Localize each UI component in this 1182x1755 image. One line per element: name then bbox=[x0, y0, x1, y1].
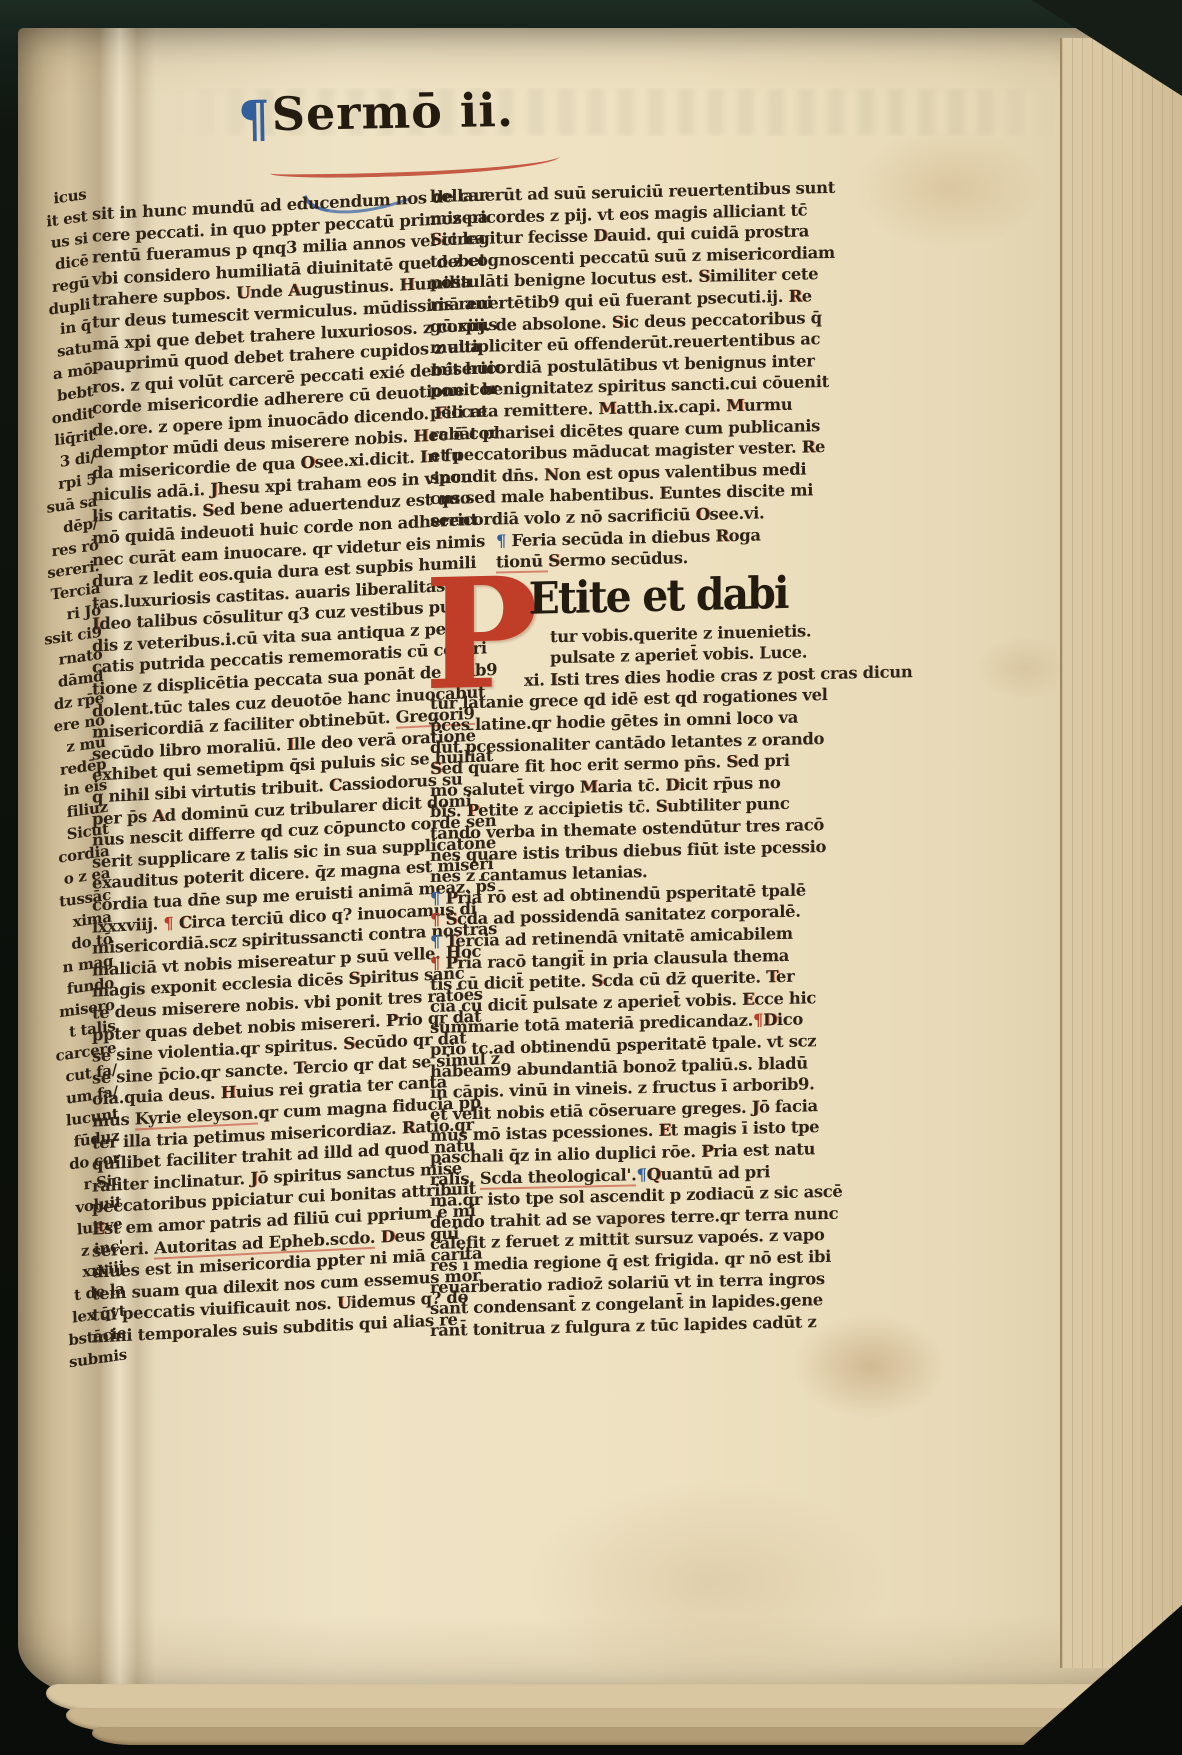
text-segment: O bbox=[696, 505, 710, 524]
text-segment: aria tc̄. bbox=[598, 776, 666, 797]
text-segment: D bbox=[763, 1011, 777, 1030]
text-segment: P bbox=[445, 953, 457, 972]
text-segment: J bbox=[752, 1097, 759, 1116]
text-segment: D bbox=[593, 226, 607, 245]
text-segment: dicē bbox=[55, 251, 89, 274]
text-segment: in q̄ bbox=[60, 316, 92, 338]
incipit-heading: Etite et dabi bbox=[430, 567, 776, 629]
text-segment: T bbox=[445, 931, 455, 950]
text-segment: P bbox=[445, 888, 457, 907]
colored-mark: ¶ bbox=[430, 932, 445, 951]
text-segment: etite z accipietis tc̄. bbox=[478, 797, 656, 820]
photograph-of-incunable-page: icusit estus sidicēregūdupliin q̄satua m… bbox=[0, 0, 1182, 1755]
text-segment: ugustinus. bbox=[300, 276, 399, 300]
text-segment: ic deus peccatoribus q̄ bbox=[623, 308, 822, 332]
text-segment: ubtiliter punc bbox=[667, 794, 789, 816]
page-header: ¶Sermō ii. bbox=[237, 80, 658, 148]
text-segment: A bbox=[288, 281, 300, 301]
colored-mark: ¶ bbox=[430, 888, 445, 907]
colored-mark: ¶ bbox=[753, 1011, 763, 1030]
page-title: Sermō ii. bbox=[271, 83, 514, 141]
text-segment: S bbox=[612, 312, 624, 331]
text-segment: U bbox=[236, 283, 250, 303]
colored-mark: ¶ bbox=[430, 953, 445, 972]
text-segment: ō facia bbox=[759, 1096, 818, 1116]
text-segment: ondit bbox=[51, 404, 94, 428]
text-segment: icit rp̄us no bbox=[679, 773, 780, 794]
sermon-opening-block: P Etite et dabi tur vobis.querite z inue… bbox=[430, 566, 802, 693]
text-segment: ralis. bbox=[430, 1168, 480, 1188]
red-underline-flourish bbox=[270, 152, 560, 180]
text-segment: regū bbox=[52, 273, 90, 296]
background-corner-top-right bbox=[1032, 0, 1182, 96]
text-segment: satu bbox=[57, 338, 92, 361]
text-segment: gū.xiij. de absolone. bbox=[430, 312, 612, 335]
text-segment: D bbox=[665, 775, 679, 794]
page-edge-stack-3 bbox=[92, 1727, 1064, 1745]
text-segment: uantū ad pri bbox=[661, 1162, 771, 1183]
text-segment: atth.ix.capi. bbox=[616, 396, 726, 417]
text-segment: see.vi. bbox=[710, 503, 765, 523]
text-segment: imiliter cete bbox=[710, 265, 818, 286]
text-segment: per p̄s bbox=[92, 806, 152, 828]
right-column-part-b: tur latanie grece qd idē est qd rogation… bbox=[430, 685, 802, 1341]
text-segment: M bbox=[580, 777, 598, 796]
text-segment: urmu bbox=[744, 395, 792, 415]
text-segment: S bbox=[726, 752, 738, 771]
text-segment: t magis ī isto tpe bbox=[671, 1118, 820, 1140]
text-segment: nes z cantamus letanias. bbox=[430, 862, 647, 886]
text-segment: P bbox=[467, 801, 479, 820]
text-segment: lxxxviij. bbox=[92, 914, 163, 936]
text-segment: S bbox=[656, 797, 668, 816]
text-segment: ic legitur fecisse bbox=[442, 226, 594, 248]
text-segment: tis cū dicit̄ petite. bbox=[430, 972, 591, 995]
text-segment: see.xi.dicit. bbox=[314, 448, 419, 472]
text-segment: M bbox=[598, 399, 616, 418]
text-segment: a mō bbox=[53, 360, 93, 384]
text-segment: mus bbox=[92, 1109, 135, 1130]
text-segment: R bbox=[802, 437, 815, 456]
text-segment: e bbox=[815, 437, 825, 456]
text-segment: H bbox=[413, 426, 428, 446]
colored-mark: ¶ bbox=[636, 1165, 646, 1184]
text-segment: R bbox=[788, 287, 801, 306]
text-segment: S bbox=[348, 969, 360, 989]
paraph-mark-icon: ¶ bbox=[238, 89, 271, 149]
text-segment: sereri. bbox=[92, 1238, 154, 1260]
text-segment: ed pri bbox=[738, 751, 790, 771]
text-segment: S bbox=[591, 971, 603, 990]
colored-mark: ¶ bbox=[430, 910, 445, 929]
text-segment: e bbox=[802, 286, 812, 305]
text-segment: mo salutet̄ virgo bbox=[430, 777, 580, 799]
text-segment: nde bbox=[250, 281, 288, 302]
text-segment: R bbox=[402, 1117, 416, 1137]
text-segment: N bbox=[544, 465, 559, 484]
text-segment: peccata remittere. bbox=[430, 399, 598, 422]
text-segment: M bbox=[726, 396, 744, 415]
text-segment: S bbox=[430, 759, 442, 778]
text-segment: H bbox=[399, 275, 414, 295]
text-segment: O bbox=[301, 453, 315, 473]
text-segment: liq̄rit bbox=[54, 426, 95, 450]
text-segment: ermo secūdus. bbox=[560, 548, 688, 570]
text-segment: D bbox=[381, 1226, 395, 1246]
text-segment: ico bbox=[777, 1010, 803, 1030]
text-segment: icus bbox=[53, 185, 86, 208]
text-segment: us si bbox=[51, 229, 89, 252]
text-segment: E bbox=[92, 1219, 104, 1239]
text-segment: Q bbox=[647, 1164, 661, 1183]
left-text-column: sit in hunc mundū ad educendum nos de ca… bbox=[92, 186, 452, 1348]
text-segment: S bbox=[343, 1034, 355, 1054]
background-corner-bottom-right bbox=[1012, 1605, 1182, 1755]
text-segment: untes discite mi bbox=[672, 481, 814, 503]
text-segment: oga bbox=[729, 525, 761, 545]
book-page: icusit estus sidicēregūdupliin q̄satua m… bbox=[18, 28, 1182, 1704]
text-segment: S bbox=[430, 230, 442, 249]
text-segment: 3 di/ bbox=[60, 448, 96, 471]
text-segment: ria est natu bbox=[713, 1139, 815, 1160]
text-segment: R bbox=[715, 526, 728, 545]
text-segment: T bbox=[293, 1058, 303, 1077]
colored-mark: ¶ bbox=[163, 913, 178, 933]
text-segment: J bbox=[250, 1168, 257, 1187]
text-segment: bebt bbox=[57, 382, 94, 405]
text-segment: S bbox=[202, 501, 214, 521]
right-column-part-a: bellauerūt ad suū seruiciū reuertentibus… bbox=[430, 178, 802, 532]
text-segment: it est bbox=[46, 207, 87, 231]
text-segment: dupli bbox=[48, 294, 90, 318]
text-segment: H bbox=[221, 1083, 236, 1103]
text-segment: E bbox=[658, 1121, 670, 1140]
text-segment: E bbox=[659, 484, 671, 503]
text-segment: S bbox=[548, 551, 560, 570]
text-segment: S bbox=[445, 910, 457, 929]
text-segment: bis. bbox=[430, 802, 467, 822]
text-segment: C bbox=[179, 912, 192, 932]
text-segment: C bbox=[329, 775, 342, 795]
text-segment: spondit dn̄s. bbox=[430, 465, 544, 487]
text-segment: cda cū dz̄ querite. bbox=[603, 968, 766, 991]
text-segment: rpi 5 bbox=[58, 470, 97, 493]
text-segment: P bbox=[701, 1142, 713, 1161]
text-segment: E bbox=[742, 989, 754, 1008]
right-text-column: bellauerūt ad suū seruiciū reuertentibus… bbox=[430, 178, 802, 1342]
text-segment: U bbox=[337, 1293, 351, 1313]
book-fore-edge-pages bbox=[1060, 38, 1182, 1668]
text-segment: J bbox=[210, 479, 217, 498]
background-corner-bottom-left bbox=[0, 1689, 110, 1755]
text-segment: S bbox=[698, 267, 710, 286]
text-segment: Feria secūda in diebus bbox=[511, 526, 715, 550]
text-segment: T bbox=[766, 967, 776, 986]
text-segment: I bbox=[286, 735, 293, 754]
text-segment: A bbox=[152, 806, 164, 826]
text-segment: cce hic bbox=[754, 988, 816, 1008]
text-segment: P bbox=[386, 1010, 398, 1030]
text-segment: er bbox=[776, 967, 794, 986]
text-segment: auid. qui cuidā prostra bbox=[607, 222, 809, 246]
